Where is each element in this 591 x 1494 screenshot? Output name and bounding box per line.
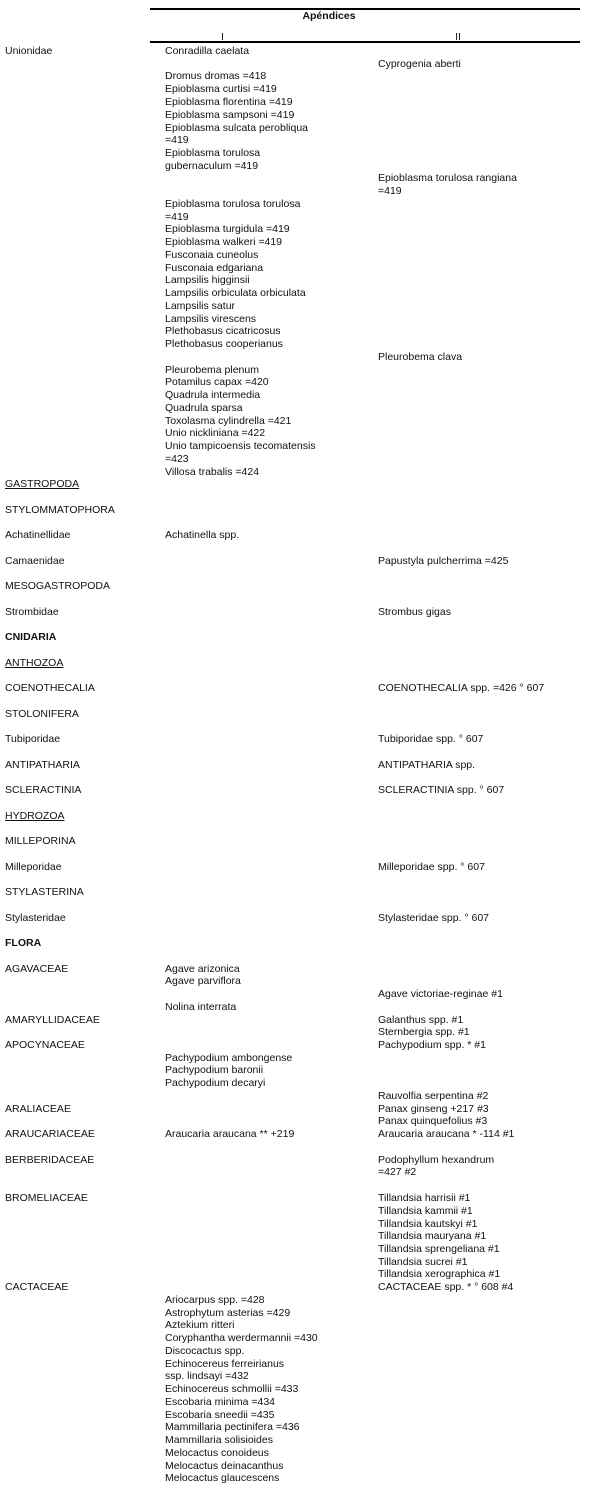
appendix-II-entry: Rauvolfia serpentina #2 <box>378 1090 488 1103</box>
appendix-I-entry: Pleurobema plenum <box>165 364 259 377</box>
taxon-label: AGAVACEAE <box>5 963 68 976</box>
taxon-label: STYLOMMATOPHORA <box>5 504 115 517</box>
appendix-II-entry: =419 <box>378 185 402 198</box>
appendix-I-entry: Astrophytum asterias =429 <box>165 1307 290 1320</box>
appendix-II-entry: SCLERACTINIA spp. ° 607 <box>378 784 504 797</box>
appendix-I-entry: Coryphantha werdermannii =430 <box>165 1332 318 1345</box>
appendix-I-entry: Escobaria minima =434 <box>165 1396 275 1409</box>
appendix-I-entry: Unio tampicoensis tecomatensis <box>165 440 316 453</box>
taxon-label: ANTIPATHARIA <box>5 759 80 772</box>
appendix-II-entry: ANTIPATHARIA spp. <box>378 759 475 772</box>
taxon-label: Strombidae <box>5 606 59 619</box>
appendix-I-entry: Mammillaria pectinifera =436 <box>165 1421 300 1434</box>
appendix-I-entry: Conradilla caelata <box>165 45 249 58</box>
appendix-I-entry: Toxolasma cylindrella =421 <box>165 415 291 428</box>
appendix-I-entry: Echinocereus ferreirianus <box>165 1358 284 1371</box>
appendix-II-entry: Papustyla pulcherrima =425 <box>378 555 508 568</box>
appendix-II-entry: Agave victoriae-reginae #1 <box>378 988 503 1001</box>
appendix-I-entry: =419 <box>165 211 189 224</box>
appendix-I-entry: Epioblasma sampsoni =419 <box>165 109 294 122</box>
taxon-label: Achatinellidae <box>5 529 70 542</box>
appendix-I-entry: Aztekium ritteri <box>165 1319 234 1332</box>
appendix-I-entry: Agave parviflora <box>165 975 241 988</box>
appendix-II-entry: Tillandsia sprengeliana #1 <box>378 1243 500 1256</box>
taxon-label: BROMELIACEAE <box>5 1192 88 1205</box>
appendix-I-entry: Fusconaia cuneolus <box>165 249 258 262</box>
appendix-II-entry: Panax ginseng +217 #3 <box>378 1103 489 1116</box>
appendix-I-entry: Melocactus conoideus <box>165 1447 269 1460</box>
taxon-label: CACTACEAE <box>5 1281 68 1294</box>
taxon-label: AMARYLLIDACEAE <box>5 1014 100 1027</box>
taxon-label: SCLERACTINIA <box>5 784 81 797</box>
appendix-I-entry: Quadrula intermedia <box>165 389 260 402</box>
appendix-II-entry: Stylasteridae spp. ° 607 <box>378 912 489 925</box>
taxon-label: HYDROZOA <box>5 810 65 823</box>
appendix-II-entry: Tillandsia kautskyi #1 <box>378 1218 477 1231</box>
appendix-I-entry: Nolina interrata <box>165 1001 236 1014</box>
appendix-I-entry: Lampsilis virescens <box>165 313 256 326</box>
appendix-II-entry: Tillandsia mauryana #1 <box>378 1230 486 1243</box>
appendix-II-entry: Tillandsia sucrei #1 <box>378 1256 468 1269</box>
header-bottom-rule <box>150 41 580 43</box>
taxon-label: Milleporidae <box>5 861 62 874</box>
appendix-II-entry: Sternbergia spp. #1 <box>378 1026 470 1039</box>
appendix-I-entry: Epioblasma florentina =419 <box>165 96 293 109</box>
taxon-label: Unionidae <box>5 45 52 58</box>
appendix-I-entry: Epioblasma torulosa <box>165 147 260 160</box>
taxon-label: MILLEPORINA <box>5 835 76 848</box>
taxon-label: COENOTHECALIA <box>5 682 95 695</box>
appendix-I-entry: =419 <box>165 134 189 147</box>
appendix-II-entry: CACTACEAE spp. * ° 608 #4 <box>378 1281 513 1294</box>
appendix-I-entry: Escobaria sneedii =435 <box>165 1409 274 1422</box>
appendix-I-entry: =423 <box>165 453 189 466</box>
appendix-I-entry: Plethobasus cicatricosus <box>165 325 281 338</box>
appendix-I-entry: Achatinella spp. <box>165 529 239 542</box>
taxon-label: ANTHOZOA <box>5 657 63 670</box>
appendix-II-entry: Pachypodium spp. * #1 <box>378 1039 486 1052</box>
taxon-label: MESOGASTROPODA <box>5 580 110 593</box>
taxon-label: CNIDARIA <box>5 631 56 644</box>
appendix-I-entry: ssp. lindsayi =432 <box>165 1370 249 1383</box>
appendix-I-entry: Ariocarpus spp. =428 <box>165 1294 265 1307</box>
appendix-I-entry: Dromus dromas =418 <box>165 70 266 83</box>
taxon-label: BERBERIDACEAE <box>5 1154 94 1167</box>
appendix-I-entry: Epioblasma walkeri =419 <box>165 236 282 249</box>
appendix-I-entry: Quadrula sparsa <box>165 402 243 415</box>
appendix-I-entry: Melocactus glaucescens <box>165 1472 279 1485</box>
appendix-II-entry: Milleporidae spp. ° 607 <box>378 861 485 874</box>
appendix-I-entry: Pachypodium baronii <box>165 1064 263 1077</box>
appendix-I-entry: Pachypodium ambongense <box>165 1052 292 1065</box>
appendix-I-entry: Potamilus capax =420 <box>165 376 269 389</box>
appendix-I-entry: Epioblasma sulcata perobliqua <box>165 122 308 135</box>
appendix-II-entry: Cyprogenia aberti <box>378 58 461 71</box>
appendix-I-entry: Epioblasma curtisi =419 <box>165 83 277 96</box>
taxon-label: STOLONIFERA <box>5 708 79 721</box>
taxon-label: ARAUCARIACEAE <box>5 1128 95 1141</box>
appendix-II-entry: Tillandsia xerographica #1 <box>378 1268 500 1281</box>
appendix-I-entry: Echinocereus schmollii =433 <box>165 1383 298 1396</box>
taxon-label: Stylasteridae <box>5 912 66 925</box>
appendix-I-entry: Lampsilis satur <box>165 300 235 313</box>
appendix-II-entry: =427 #2 <box>378 1166 416 1179</box>
appendix-II-entry: Strombus gigas <box>378 606 451 619</box>
appendix-I-entry: Araucaria araucana ** +219 <box>165 1128 294 1141</box>
taxon-label: ARALIACEAE <box>5 1103 71 1116</box>
appendix-I-entry: Unio nickliniana =422 <box>165 427 265 440</box>
appendix-I-entry: Fusconaia edgariana <box>165 262 263 275</box>
appendix-II-entry: Podophyllum hexandrum <box>378 1154 494 1167</box>
appendix-I-entry: Melocactus deinacanthus <box>165 1460 284 1473</box>
appendix-II-entry: Tillandsia harrisii #1 <box>378 1192 470 1205</box>
appendix-I-entry: Pachypodium decaryi <box>165 1077 265 1090</box>
taxon-label: Tubiporidae <box>5 733 60 746</box>
appendices-heading: Apéndices <box>150 10 508 22</box>
appendix-II-entry: COENOTHECALIA spp. =426 ° 607 <box>378 682 544 695</box>
appendix-I-entry: Epioblasma torulosa torulosa <box>165 198 300 211</box>
appendix-I-entry: Lampsilis higginsii <box>165 274 250 287</box>
appendix-II-entry: Panax quinquefolius #3 <box>378 1115 487 1128</box>
appendix-I-entry: Lampsilis orbiculata orbiculata <box>165 287 306 300</box>
appendix-II-entry: Pleurobema clava <box>378 351 462 364</box>
appendix-I-entry: Agave arizonica <box>165 963 240 976</box>
appendix-I-entry: Epioblasma turgidula =419 <box>165 223 290 236</box>
appendix-I-entry: Mammillaria solisioides <box>165 1434 273 1447</box>
taxon-label: FLORA <box>5 937 41 950</box>
appendix-II-entry: Araucaria araucana * -114 #1 <box>378 1128 514 1141</box>
appendix-I-entry: Plethobasus cooperianus <box>165 338 283 351</box>
appendix-II-entry: Tubiporidae spp. ° 607 <box>378 733 483 746</box>
taxon-label: Camaenidae <box>5 555 65 568</box>
appendix-II-entry: Epioblasma torulosa rangiana <box>378 172 517 185</box>
appendix-II-entry: Tillandsia kammii #1 <box>378 1205 473 1218</box>
taxon-label: APOCYNACEAE <box>5 1039 85 1052</box>
taxon-label: GASTROPODA <box>5 478 79 491</box>
appendix-I-entry: Discocactus spp. <box>165 1345 244 1358</box>
appendix-I-entry: Villosa trabalis =424 <box>165 466 259 479</box>
taxon-label: STYLASTERINA <box>5 886 84 899</box>
appendix-II-entry: Galanthus spp. #1 <box>378 1014 463 1027</box>
appendix-I-entry: gubernaculum =419 <box>165 160 258 173</box>
